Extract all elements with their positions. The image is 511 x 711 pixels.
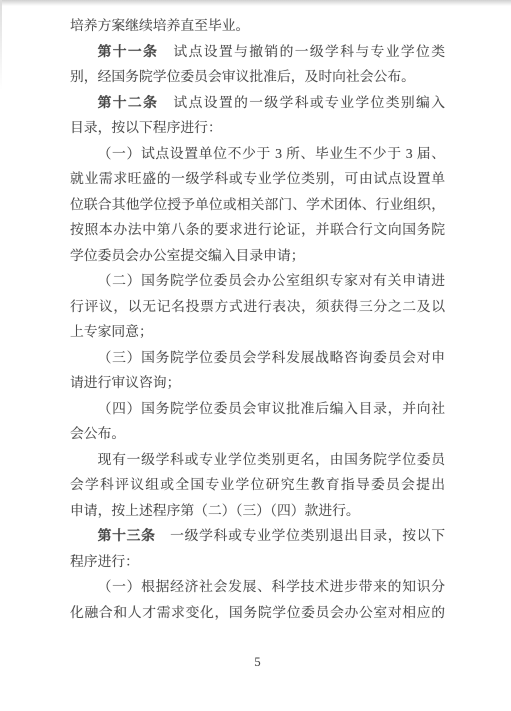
line-text: 现有一级学科或专业学位类别更名，由国务院学位委员 <box>98 452 445 467</box>
page-number: 5 <box>70 650 445 675</box>
line-text: 试点设置的一级学科或专业学位类别编入 <box>173 95 445 110</box>
article-number: 第十三条 <box>98 528 156 543</box>
line-text: （四）国务院学位委员会审议批准后编入目录，并向社 <box>98 401 445 416</box>
text-line: 上专家同意； <box>70 319 445 345</box>
text-line: 目录，按以下程序进行： <box>70 115 445 141</box>
line-text: （三）国务院学位委员会学科发展战略咨询委员会对申 <box>98 350 445 365</box>
text-line: 第十三条 一级学科或专业学位类别退出目录，按以下 <box>70 523 445 549</box>
text-line: 培养方案继续培养直至毕业。 <box>70 13 445 39</box>
document-page: 培养方案继续培养直至毕业。第十一条 试点设置与撤销的一级学科与专业学位类别，经国… <box>0 0 511 711</box>
text-line: （二）国务院学位委员会办公室组织专家对有关申请进 <box>70 268 445 294</box>
text-line: 按照本办法中第八条的要求进行论证，并联合行文向国务院 <box>70 217 445 243</box>
line-text: （一）根据经济社会发展、科学技术进步带来的知识分 <box>98 579 445 594</box>
text-line: 第十二条 试点设置的一级学科或专业学位类别编入 <box>70 90 445 116</box>
line-text: 申请，按上述程序第（二）（三）（四）款进行。 <box>70 503 360 518</box>
text-line: 现有一级学科或专业学位类别更名，由国务院学位委员 <box>70 447 445 473</box>
line-text: 位联合其他学位授予单位或相关部门、学术团体、行业组织， <box>70 197 445 212</box>
line-text: 请进行审议咨询； <box>70 375 180 390</box>
line-text: 别，经国务院学位委员会审议批准后，及时向社会公布。 <box>70 69 415 84</box>
line-text: 试点设置与撤销的一级学科与专业学位类 <box>173 44 445 59</box>
scan-edge-left <box>0 0 2 90</box>
text-line: 请进行审议咨询； <box>70 370 445 396</box>
line-text: 上专家同意； <box>70 324 153 339</box>
text-line: 学位委员会办公室提交编入目录申请； <box>70 243 445 269</box>
text-line: 程序进行： <box>70 549 445 575</box>
line-text: 化融合和人才需求变化，国务院学位委员会办公室对相应的 <box>70 605 445 620</box>
text-line: 化融合和人才需求变化，国务院学位委员会办公室对相应的 <box>70 600 445 626</box>
line-text: 培养方案继续培养直至毕业。 <box>70 18 249 33</box>
article-number: 第十二条 <box>98 95 159 110</box>
text-line: 就业需求旺盛的一级学科或专业学位类别，可由试点设置单 <box>70 166 445 192</box>
text-line: （一）试点设置单位不少于 3 所、毕业生不少于 3 届、 <box>70 141 445 167</box>
text-line: 申请，按上述程序第（二）（三）（四）款进行。 <box>70 498 445 524</box>
document-body: 培养方案继续培养直至毕业。第十一条 试点设置与撤销的一级学科与专业学位类别，经国… <box>70 13 445 625</box>
text-line: 会公布。 <box>70 421 445 447</box>
line-text: 学位委员会办公室提交编入目录申请； <box>70 248 305 263</box>
text-line: 会学科评议组或全国专业学位研究生教育指导委员会提出 <box>70 472 445 498</box>
line-text: 会学科评议组或全国专业学位研究生教育指导委员会提出 <box>70 477 445 492</box>
line-text: 行评议，以无记名投票方式进行表决，须获得三分之二及以 <box>70 299 445 314</box>
text-line: （三）国务院学位委员会学科发展战略咨询委员会对申 <box>70 345 445 371</box>
text-line: （四）国务院学位委员会审议批准后编入目录，并向社 <box>70 396 445 422</box>
line-text: 按照本办法中第八条的要求进行论证，并联合行文向国务院 <box>70 222 445 237</box>
scan-edge-top <box>0 0 511 6</box>
article-number: 第十一条 <box>98 44 159 59</box>
line-text: （一）试点设置单位不少于 3 所、毕业生不少于 3 届、 <box>98 146 445 161</box>
line-text: 程序进行： <box>70 554 139 569</box>
text-line: 别，经国务院学位委员会审议批准后，及时向社会公布。 <box>70 64 445 90</box>
line-text: （二）国务院学位委员会办公室组织专家对有关申请进 <box>98 273 445 288</box>
text-line: 第十一条 试点设置与撤销的一级学科与专业学位类 <box>70 39 445 65</box>
line-text: 就业需求旺盛的一级学科或专业学位类别，可由试点设置单 <box>70 171 445 186</box>
text-line: （一）根据经济社会发展、科学技术进步带来的知识分 <box>70 574 445 600</box>
line-text: 一级学科或专业学位类别退出目录，按以下 <box>170 528 445 543</box>
line-text: 目录，按以下程序进行： <box>70 120 222 135</box>
line-text: 会公布。 <box>70 426 125 441</box>
text-line: 行评议，以无记名投票方式进行表决，须获得三分之二及以 <box>70 294 445 320</box>
text-line: 位联合其他学位授予单位或相关部门、学术团体、行业组织， <box>70 192 445 218</box>
